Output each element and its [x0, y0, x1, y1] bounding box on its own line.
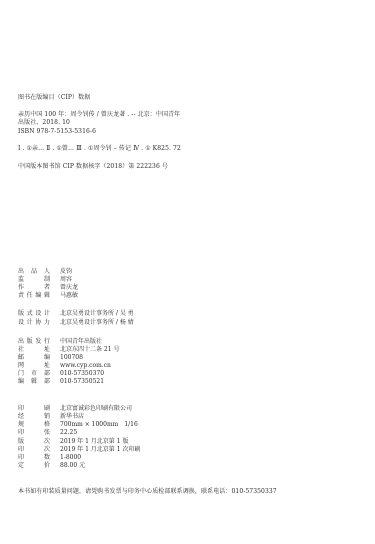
credit-row: 责任编辑马惠敏: [18, 292, 78, 300]
publisher-row: 社址北京东四十二条 21 号: [18, 346, 119, 354]
credit-label: 责任编辑: [18, 292, 50, 300]
print-row: 定价88.00 元: [18, 462, 85, 470]
print-value: 2019 年 1 月北京第 1 版: [60, 438, 128, 446]
print-value: 1-8000: [60, 454, 81, 462]
print-value: 700mm × 1000mm 1/16: [60, 421, 138, 429]
print-label: 经销: [18, 413, 50, 421]
print-row: 规格700mm × 1000mm 1/16: [18, 421, 138, 429]
credit-label: 监制: [18, 276, 50, 284]
publisher-row: 编辑部010-57350521: [18, 378, 104, 386]
publisher-row: 网址www.cyp.com.cn: [18, 362, 111, 370]
publisher-value: 010-57350370: [60, 370, 104, 378]
publisher-value: 中国青年出版社: [60, 338, 102, 346]
print-label: 印刷: [18, 405, 50, 413]
print-row: 印刷北京富诚彩色印刷有限公司: [18, 405, 132, 413]
print-row: 经销新华书店: [18, 413, 84, 421]
publisher-value: 010-57350521: [60, 378, 104, 386]
cip-heading: 图书在版编目（CIP）数据: [18, 94, 90, 102]
publisher-label: 社址: [18, 346, 50, 354]
credit-value: 皮钧: [60, 268, 72, 276]
publisher-value: 北京东四十二条 21 号: [60, 346, 119, 354]
print-row: 印张22.25: [18, 429, 77, 437]
print-value: 新华书店: [60, 413, 84, 421]
publisher-label: 网址: [18, 362, 50, 370]
credit-label: 作者: [18, 284, 50, 292]
print-row: 印数1-8000: [18, 454, 81, 462]
publisher-row: 邮编100708: [18, 354, 83, 362]
design-label: 设计协力: [18, 319, 50, 327]
publisher-label: 门市部: [18, 370, 50, 378]
credit-value: 马惠敏: [60, 292, 78, 300]
cip-publisher-line: 出版社，2018. 10: [18, 119, 70, 127]
print-label: 规格: [18, 421, 50, 429]
publisher-row: 出版发行中国青年出版社: [18, 338, 102, 346]
print-label: 版次: [18, 438, 50, 446]
credit-label: 出品人: [18, 268, 50, 276]
print-value: 2019 年 1 月北京第 1 次印刷: [60, 446, 140, 454]
credit-row: 作者曾庆龙: [18, 284, 78, 292]
print-label: 印次: [18, 446, 50, 454]
cip-record-number: 中国版本图书馆 CIP 数据核字（2018）第 222236 号: [18, 163, 168, 171]
publisher-row: 门市部010-57350370: [18, 370, 104, 378]
print-label: 印数: [18, 454, 50, 462]
cip-title-line: 亲历中国 100 年：周令钊传 / 曾庆龙著 . -- 北京：中国青年: [18, 111, 180, 119]
publisher-label: 邮编: [18, 354, 50, 362]
print-row: 印次2019 年 1 月北京第 1 次印刷: [18, 446, 140, 454]
design-row: 设计协力北京吴勇设计事务所 / 杨 婧: [18, 319, 134, 327]
credit-row: 出品人皮钧: [18, 268, 72, 276]
cip-classification: Ⅰ . ①亲… Ⅱ . ①曾… Ⅲ . ①周令钊 – 传记 Ⅳ . ① K825…: [18, 145, 181, 153]
print-label: 定价: [18, 462, 50, 470]
credit-row: 监制周容: [18, 276, 72, 284]
design-row: 版式设计北京吴勇设计事务所 / 吴 勇: [18, 310, 134, 318]
footer-note: 本书如有印装质量问题，请凭购书发票与印务中心质检部联系调换，联系电话：010-5…: [18, 488, 277, 496]
print-value: 北京富诚彩色印刷有限公司: [60, 405, 132, 413]
design-value: 北京吴勇设计事务所 / 杨 婧: [60, 319, 134, 327]
design-label: 版式设计: [18, 310, 50, 318]
print-value: 88.00 元: [60, 462, 85, 470]
publisher-value: www.cyp.com.cn: [60, 362, 111, 370]
publisher-value: 100708: [60, 354, 83, 362]
publisher-label: 编辑部: [18, 378, 50, 386]
print-value: 22.25: [60, 429, 77, 437]
print-row: 版次2019 年 1 月北京第 1 版: [18, 438, 128, 446]
print-label: 印张: [18, 429, 50, 437]
credit-value: 周容: [60, 276, 72, 284]
publisher-label: 出版发行: [18, 338, 50, 346]
cip-isbn: ISBN 978-7-5153-5316-6: [18, 128, 96, 136]
design-value: 北京吴勇设计事务所 / 吴 勇: [60, 310, 134, 318]
credit-value: 曾庆龙: [60, 284, 78, 292]
